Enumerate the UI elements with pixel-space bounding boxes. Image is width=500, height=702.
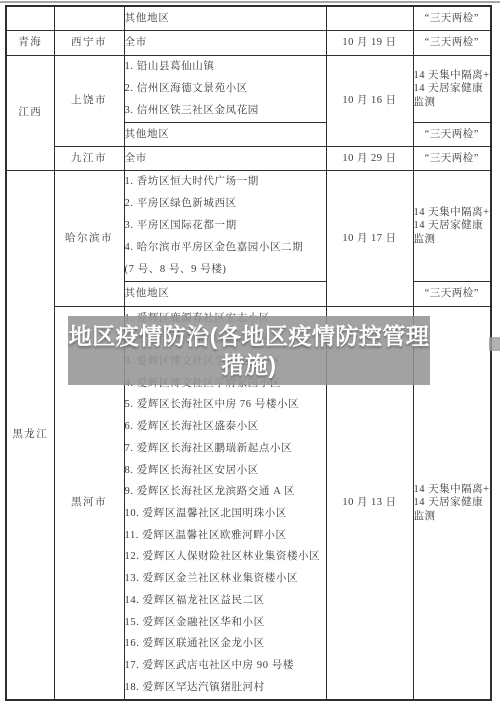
area-cell-other: 其他地区 xyxy=(124,6,326,31)
top-divider-line xyxy=(0,1,500,3)
area-list-item: 8. 爱辉区长海社区安居小区 xyxy=(125,460,326,482)
area-list-item: 5. 爱辉区长海社区中房 76 号楼小区 xyxy=(125,394,326,416)
row-qinghai-xining: 青海 西宁市 全市 10 月 19 日 “三天两检” xyxy=(6,31,491,56)
area-list-item: 1. 铅山县葛仙山镇 xyxy=(125,56,326,78)
date-cell: 10 月 19 日 xyxy=(326,31,413,56)
area-list-item: 7. 爱辉区长海社区鹏瑞新起点小区 xyxy=(125,438,326,460)
watermark-text-line2: 措施) xyxy=(221,351,276,380)
row-heilongjiang-harbin-areas: 黑龙江 哈尔滨市 1. 香坊区恒大时代广场一期2. 平房区绿色新城西区3. 平房… xyxy=(6,171,491,282)
area-list-item: 3. 平房区国际花都一期 xyxy=(125,215,326,237)
date-cell-empty xyxy=(326,6,413,31)
area-list-item: 9. 爱辉区长海社区龙滨路交通 A 区 xyxy=(125,481,326,503)
area-list-item: 2. 信州区海德文景苑小区 xyxy=(125,78,326,100)
area-list-item: 1. 香坊区恒大时代广场一期 xyxy=(125,171,326,193)
area-cell-citywide: 全市 xyxy=(124,147,326,171)
area-list-item: 17. 爱辉区武店屯社区中房 90 号楼 xyxy=(125,655,326,677)
city-cell-empty xyxy=(54,6,124,31)
area-cell-list: 1. 铅山县葛仙山镇2. 信州区海德文景苑小区3. 信州区铁三社区金凤花园 xyxy=(124,56,326,123)
area-list-item: 13. 爱辉区金兰社区林业集资楼小区 xyxy=(125,568,326,590)
area-list-item: 18. 爱辉区罕达汽镇猪肚河村 xyxy=(125,677,326,699)
measure-cell: “三天两检” xyxy=(413,6,491,31)
measure-cell: “三天两检” xyxy=(413,147,491,171)
area-list-item: 12. 爱辉区人保财险社区林业集资楼小区 xyxy=(125,546,326,568)
date-cell: 10 月 16 日 xyxy=(326,56,413,147)
province-cell-empty xyxy=(6,6,54,31)
area-list-item: 6. 爱辉区长海社区盛泰小区 xyxy=(125,416,326,438)
area-list-item: 11. 爱辉区温馨社区欧雅河畔小区 xyxy=(125,525,326,547)
area-list: 1. 香坊区恒大时代广场一期2. 平房区绿色新城西区3. 平房区国际花都一期4.… xyxy=(125,171,326,281)
area-cell-other: 其他地区 xyxy=(124,282,326,307)
city-cell-harbin: 哈尔滨市 xyxy=(54,171,124,307)
province-cell-heilongjiang: 黑龙江 xyxy=(6,171,54,701)
measure-cell: “三天两检” xyxy=(413,123,491,147)
row-jiangxi-jiujiang: 九江市 全市 10 月 29 日 “三天两检” xyxy=(6,147,491,171)
row-jiangxi-shangrao-areas: 江西 上饶市 1. 铅山县葛仙山镇2. 信州区海德文景苑小区3. 信州区铁三社区… xyxy=(6,56,491,123)
measure-cell-quarantine: 14 天集中隔离+14 天居家健康监测 xyxy=(413,171,491,282)
row-other-top: 其他地区 “三天两检” xyxy=(6,6,491,31)
area-list-item: 4. 哈尔滨市平房区金色嘉园小区二期 xyxy=(125,237,326,259)
area-list-item: 10. 爱辉区温馨社区北国明珠小区 xyxy=(125,503,326,525)
city-cell-jiujiang: 九江市 xyxy=(54,147,124,171)
city-cell-xining: 西宁市 xyxy=(54,31,124,56)
area-cell-list: 1. 香坊区恒大时代广场一期2. 平房区绿色新城西区3. 平房区国际花都一期4.… xyxy=(124,171,326,282)
measure-cell-quarantine: 14 天集中隔离+14 天居家健康监测 xyxy=(413,56,491,123)
area-list-item: 15. 爱辉区金融社区华和小区 xyxy=(125,612,326,634)
watermark-overlay: 地区疫情防治(各地区疫情防控管理 措施) xyxy=(68,316,430,385)
area-cell-other: 其他地区 xyxy=(124,123,326,147)
province-cell-qinghai: 青海 xyxy=(6,31,54,56)
area-list-item: 3. 信州区铁三社区金凤花园 xyxy=(125,100,326,122)
date-cell: 10 月 17 日 xyxy=(326,171,413,307)
area-list-item: 14. 爱辉区福龙社区益民二区 xyxy=(125,590,326,612)
area-cell-citywide: 全市 xyxy=(124,31,326,56)
measure-cell: “三天两检” xyxy=(413,282,491,307)
province-cell-jiangxi: 江西 xyxy=(6,56,54,171)
measure-cell: “三天两检” xyxy=(413,31,491,56)
area-list-item: (7 号、8 号、9 号楼) xyxy=(125,259,326,281)
city-cell-shangrao: 上饶市 xyxy=(54,56,124,147)
area-list: 1. 铅山县葛仙山镇2. 信州区海德文景苑小区3. 信州区铁三社区金凤花园 xyxy=(125,56,326,122)
edge-artifact xyxy=(489,337,500,351)
area-list-item: 16. 爱辉区联通社区金龙小区 xyxy=(125,633,326,655)
area-list-item: 2. 平房区绿色新城西区 xyxy=(125,193,326,215)
watermark-text-line1: 地区疫情防治(各地区疫情防控管理 xyxy=(69,322,430,351)
date-cell: 10 月 29 日 xyxy=(326,147,413,171)
